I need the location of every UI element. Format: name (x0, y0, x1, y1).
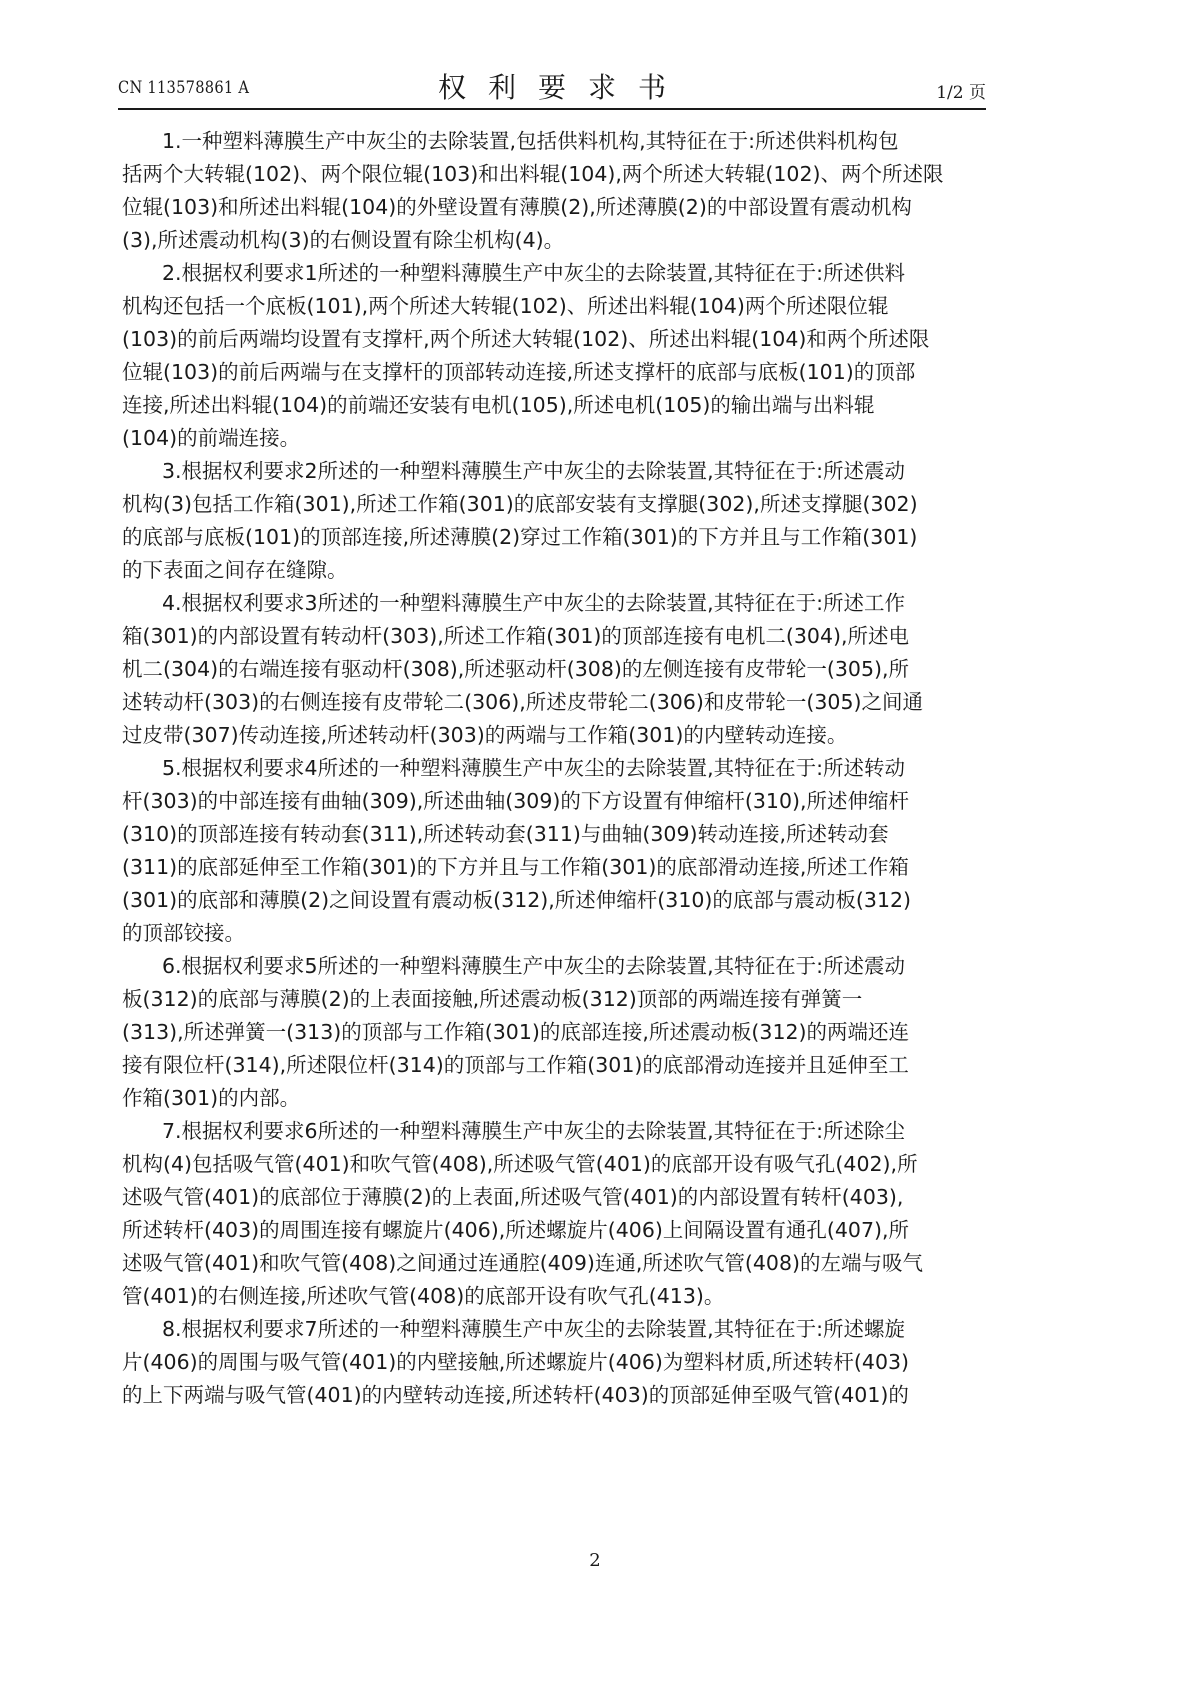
claim-line: 过皮带(307)传动连接,所述转动杆(303)的两端与工作箱(301)的内壁转动… (122, 719, 986, 752)
claim-line: 管(401)的右侧连接,所述吹气管(408)的底部开设有吹气孔(413)。 (122, 1280, 986, 1313)
claim-line: 杆(303)的中部连接有曲轴(309),所述曲轴(309)的下方设置有伸缩杆(3… (122, 785, 986, 818)
claim-line: 述吸气管(401)和吹气管(408)之间通过连通腔(409)连通,所述吹气管(4… (122, 1247, 986, 1280)
claim-2: 2.根据权利要求1所述的一种塑料薄膜生产中灰尘的去除装置,其特征在于:所述供料 … (122, 257, 986, 455)
claim-line: 2.根据权利要求1所述的一种塑料薄膜生产中灰尘的去除装置,其特征在于:所述供料 (122, 257, 986, 290)
claim-line: 片(406)的周围与吸气管(401)的内壁接触,所述螺旋片(406)为塑料材质,… (122, 1346, 986, 1379)
claim-line: 位辊(103)的前后两端与在支撑杆的顶部转动连接,所述支撑杆的底部与底板(101… (122, 356, 986, 389)
claim-8: 8.根据权利要求7所述的一种塑料薄膜生产中灰尘的去除装置,其特征在于:所述螺旋 … (122, 1313, 986, 1412)
claim-line: 4.根据权利要求3所述的一种塑料薄膜生产中灰尘的去除装置,其特征在于:所述工作 (122, 587, 986, 620)
claims-body: 1.一种塑料薄膜生产中灰尘的去除装置,包括供料机构,其特征在于:所述供料机构包 … (122, 125, 986, 1412)
claim-line: 机构(3)包括工作箱(301),所述工作箱(301)的底部安装有支撑腿(302)… (122, 488, 986, 521)
page-header: CN 113578861 A 权利要求书 1/2 页 (118, 66, 986, 108)
claim-3: 3.根据权利要求2所述的一种塑料薄膜生产中灰尘的去除装置,其特征在于:所述震动 … (122, 455, 986, 587)
claim-line: 机二(304)的右端连接有驱动杆(308),所述驱动杆(308)的左侧连接有皮带… (122, 653, 986, 686)
claim-line: 8.根据权利要求7所述的一种塑料薄膜生产中灰尘的去除装置,其特征在于:所述螺旋 (122, 1313, 986, 1346)
claim-line: 机构还包括一个底板(101),两个所述大转辊(102)、所述出料辊(104)两个… (122, 290, 986, 323)
claim-6: 6.根据权利要求5所述的一种塑料薄膜生产中灰尘的去除装置,其特征在于:所述震动 … (122, 950, 986, 1115)
claim-line: (313),所述弹簧一(313)的顶部与工作箱(301)的底部连接,所述震动板(… (122, 1016, 986, 1049)
page-number: 2 (0, 1550, 1190, 1571)
claim-4: 4.根据权利要求3所述的一种塑料薄膜生产中灰尘的去除装置,其特征在于:所述工作 … (122, 587, 986, 752)
claim-line: 7.根据权利要求6所述的一种塑料薄膜生产中灰尘的去除装置,其特征在于:所述除尘 (122, 1115, 986, 1148)
header-rule (118, 108, 986, 110)
claim-line: 所述转杆(403)的周围连接有螺旋片(406),所述螺旋片(406)上间隔设置有… (122, 1214, 986, 1247)
claim-line: (3),所述震动机构(3)的右侧设置有除尘机构(4)。 (122, 224, 986, 257)
claim-line: (311)的底部延伸至工作箱(301)的下方并且与工作箱(301)的底部滑动连接… (122, 851, 986, 884)
document-title: 权利要求书 (118, 66, 986, 106)
claim-line: 的下表面之间存在缝隙。 (122, 554, 986, 587)
claim-line: 5.根据权利要求4所述的一种塑料薄膜生产中灰尘的去除装置,其特征在于:所述转动 (122, 752, 986, 785)
claim-line: 述吸气管(401)的底部位于薄膜(2)的上表面,所述吸气管(401)的内部设置有… (122, 1181, 986, 1214)
claim-7: 7.根据权利要求6所述的一种塑料薄膜生产中灰尘的去除装置,其特征在于:所述除尘 … (122, 1115, 986, 1313)
claim-5: 5.根据权利要求4所述的一种塑料薄膜生产中灰尘的去除装置,其特征在于:所述转动 … (122, 752, 986, 950)
claim-line: (103)的前后两端均设置有支撑杆,两个所述大转辊(102)、所述出料辊(104… (122, 323, 986, 356)
claim-line: 括两个大转辊(102)、两个限位辊(103)和出料辊(104),两个所述大转辊(… (122, 158, 986, 191)
claim-1: 1.一种塑料薄膜生产中灰尘的去除装置,包括供料机构,其特征在于:所述供料机构包 … (122, 125, 986, 257)
claim-line: 位辊(103)和所述出料辊(104)的外壁设置有薄膜(2),所述薄膜(2)的中部… (122, 191, 986, 224)
claim-line: 的顶部铰接。 (122, 917, 986, 950)
claim-line: (301)的底部和薄膜(2)之间设置有震动板(312),所述伸缩杆(310)的底… (122, 884, 986, 917)
claim-line: 6.根据权利要求5所述的一种塑料薄膜生产中灰尘的去除装置,其特征在于:所述震动 (122, 950, 986, 983)
claim-line: 箱(301)的内部设置有转动杆(303),所述工作箱(301)的顶部连接有电机二… (122, 620, 986, 653)
claim-line: 述转动杆(303)的右侧连接有皮带轮二(306),所述皮带轮二(306)和皮带轮… (122, 686, 986, 719)
claim-line: 机构(4)包括吸气管(401)和吹气管(408),所述吸气管(401)的底部开设… (122, 1148, 986, 1181)
claim-line: 接有限位杆(314),所述限位杆(314)的顶部与工作箱(301)的底部滑动连接… (122, 1049, 986, 1082)
claim-line: (104)的前端连接。 (122, 422, 986, 455)
claim-line: 的上下两端与吸气管(401)的内壁转动连接,所述转杆(403)的顶部延伸至吸气管… (122, 1379, 986, 1412)
page-indicator: 1/2 页 (936, 78, 986, 103)
claim-line: 1.一种塑料薄膜生产中灰尘的去除装置,包括供料机构,其特征在于:所述供料机构包 (122, 125, 986, 158)
claim-line: 3.根据权利要求2所述的一种塑料薄膜生产中灰尘的去除装置,其特征在于:所述震动 (122, 455, 986, 488)
claim-line: (310)的顶部连接有转动套(311),所述转动套(311)与曲轴(309)转动… (122, 818, 986, 851)
claim-line: 板(312)的底部与薄膜(2)的上表面接触,所述震动板(312)顶部的两端连接有… (122, 983, 986, 1016)
claim-line: 连接,所述出料辊(104)的前端还安装有电机(105),所述电机(105)的输出… (122, 389, 986, 422)
claim-line: 的底部与底板(101)的顶部连接,所述薄膜(2)穿过工作箱(301)的下方并且与… (122, 521, 986, 554)
claim-line: 作箱(301)的内部。 (122, 1082, 986, 1115)
